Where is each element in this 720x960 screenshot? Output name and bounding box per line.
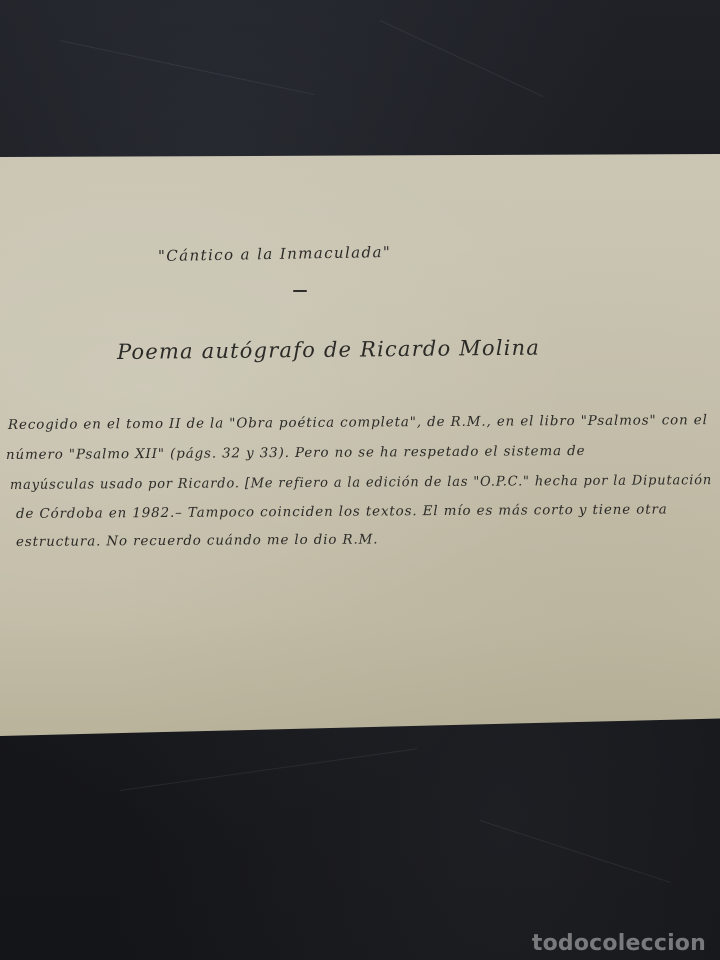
body-line: estructura. No recuerdo cuándo me lo dio… [16, 532, 378, 550]
background-scratch [60, 40, 315, 95]
document-subtitle: Poema autógrafo de Ricardo Molina [117, 336, 540, 364]
background-scratch [480, 820, 671, 883]
title-separator [293, 290, 307, 292]
watermark-logo: todocoleccion [532, 931, 706, 956]
background-scratch [120, 748, 417, 791]
photo-scene: "Cántico a la Inmaculada" Poema autógraf… [0, 0, 720, 960]
background-scratch [380, 20, 544, 97]
